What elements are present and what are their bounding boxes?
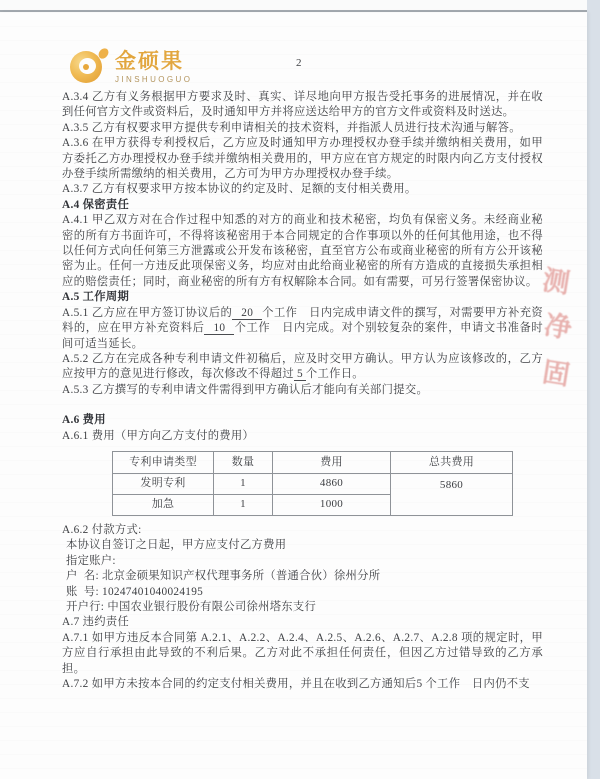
fee-type-cell: 发明专利 — [113, 473, 214, 494]
red-seal-fragment: 净 — [542, 303, 575, 346]
logo-subtitle-text: JINSHUOGUO — [115, 76, 192, 84]
section-heading-a5: A.5 工作周期 — [62, 290, 543, 305]
jinshuoguo-logo-icon — [70, 48, 108, 86]
filled-in-number: 10 — [204, 322, 234, 335]
clause-a71: A.7.1 如甲方违反本合同第 A.2.1、A.2.2、A.2.4、A.2.5、… — [62, 631, 543, 677]
section-heading-a7: A.7 违约责任 — [62, 615, 543, 630]
red-seal-fragment: 固 — [540, 350, 573, 393]
fee-total-cell: 5860 — [391, 473, 513, 515]
fee-amount-cell: 1000 — [273, 494, 391, 515]
clause-a36: A.3.6 在甲方获得专利授权后，乙方应及时通知甲方办理授权办登手续并缴纳相关费… — [62, 136, 543, 182]
fee-qty-cell: 1 — [214, 473, 273, 494]
fee-amount-cell: 4860 — [273, 473, 391, 494]
clause-a52: A.5.2 乙方在完成各种专利申请文件初稿后，应及时交甲方确认。甲方认为应该修改… — [62, 352, 543, 383]
fee-qty-cell: 1 — [214, 494, 273, 515]
fee-table: 专利申请类型 数量 费用 总共费用 发明专利 1 4860 5860 加急 1 … — [112, 451, 513, 516]
logo-brand-text: 金硕果 — [115, 51, 192, 72]
filled-in-number: 5 — [294, 368, 306, 381]
red-seal-fragment: 测 — [540, 258, 573, 301]
account-bank-line: 开户行: 中国农业银行股份有限公司徐州塔东支行 — [62, 600, 543, 615]
payment-line: 本协议自签订之日起，甲方应支付乙方费用 — [62, 538, 543, 553]
account-number-line: 账 号: 10247401040024195 — [62, 585, 543, 600]
fee-table-header-cell: 费用 — [273, 451, 391, 473]
fee-table-header-row: 专利申请类型 数量 费用 总共费用 — [113, 451, 513, 473]
company-logo: 金硕果 JINSHUOGUO — [70, 48, 192, 86]
filled-in-number: 20 — [232, 307, 262, 320]
clause-a35: A.3.5 乙方有权要求甲方提供专利申请相关的技术资料，并指派人员进行技术沟通与… — [62, 121, 543, 136]
clause-a62: A.6.2 付款方式: — [62, 523, 543, 538]
clause-a72: A.7.2 如甲方未按本合同的约定支付相关费用，并且在收到乙方通知后5 个工作 … — [62, 677, 543, 692]
clause-a53: A.5.3 乙方撰写的专利申请文件需得到甲方确认后才能向有关部门提交。 — [62, 383, 543, 398]
fee-table-row: 发明专利 1 4860 5860 — [113, 473, 513, 494]
scan-edge-shadow — [0, 0, 587, 12]
clause-a41: A.4.1 甲乙双方对在合作过程中知悉的对方的商业和技术秘密，均负有保密义务。未… — [62, 213, 543, 290]
account-name-line: 户 名: 北京金硕果知识产权代理事务所（普通合伙）徐州分所 — [62, 569, 543, 584]
clause-a61: A.6.1 费用（甲方向乙方支付的费用） — [62, 429, 543, 444]
clause-a34: A.3.4 乙方有义务根据甲方要求及时、真实、详尽地向甲方报告受托事务的进展情况… — [62, 90, 543, 121]
section-heading-a4: A.4 保密责任 — [62, 198, 543, 213]
section-heading-a6: A.6 费用 — [62, 413, 543, 428]
fee-table-header-cell: 专利申请类型 — [113, 451, 214, 473]
clause-a51: A.5.1 乙方应在甲方签订协议后的20个工作 日内完成申请文件的撰写，对需要甲… — [62, 306, 543, 352]
fee-table-header-cell: 数量 — [214, 451, 273, 473]
page-number: 2 — [296, 57, 302, 69]
scanned-contract-page: 测 净 固 金硕果 JINSHUOGUO 2 A.3.4 乙方有义务根据甲方要求… — [0, 0, 600, 779]
clause-a37: A.3.7 乙方有权要求甲方按本协议的约定及时、足额的支付相关费用。 — [62, 182, 543, 197]
fee-table-header-cell: 总共费用 — [391, 451, 513, 473]
contract-body: A.3.4 乙方有义务根据甲方要求及时、真实、详尽地向甲方报告受托事务的进展情况… — [62, 90, 543, 692]
fee-type-cell: 加急 — [113, 494, 214, 515]
account-label: 指定账户: — [62, 554, 543, 569]
